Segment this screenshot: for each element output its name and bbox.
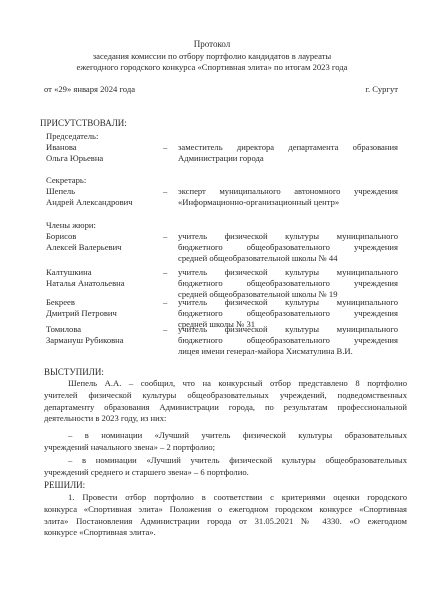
- jury-member-description: учитель физической культуры муниципально…: [178, 267, 398, 300]
- secretary-given-name: Андрей Александрович: [46, 197, 133, 207]
- jury-label: Члены жюри:: [46, 220, 96, 230]
- jury-member-given-name: Алексей Валерьевич: [46, 242, 122, 252]
- jury-member-dash: –: [163, 324, 167, 334]
- jury-member-dash: –: [163, 297, 167, 307]
- speakers-heading: ВЫСТУПИЛИ:: [44, 367, 104, 377]
- document-date: от «29» января 2024 года: [44, 84, 135, 94]
- jury-member-description: учитель физической культуры муниципально…: [178, 231, 398, 264]
- chair-given-name: Ольга Юрьевна: [46, 153, 103, 163]
- jury-member-surname: Калтушкина: [46, 267, 92, 277]
- jury-member-surname: Борисов: [46, 231, 76, 241]
- speaker-report: Шепель А.А. – сообщил, что на конкурсный…: [44, 378, 407, 425]
- jury-member-description: учитель физической культуры муниципально…: [178, 324, 398, 357]
- chair-description: заместитель директора департамента образ…: [178, 142, 398, 164]
- chair-surname: Иванова: [46, 142, 77, 152]
- jury-member-given-name: Зармануш Рубиковна: [46, 335, 124, 345]
- attendees-heading: ПРИСУТСТВОВАЛИ:: [40, 118, 127, 128]
- jury-member-dash: –: [163, 231, 167, 241]
- secretary-dash: –: [163, 186, 167, 196]
- jury-member-given-name: Дмитрий Петрович: [46, 308, 117, 318]
- chair-dash: –: [163, 142, 167, 152]
- document-city: г. Сургут: [365, 84, 398, 94]
- jury-member-given-name: Наталья Анатольевна: [46, 278, 125, 288]
- secretary-label: Секретарь:: [46, 175, 86, 185]
- jury-member-surname: Бекреев: [46, 297, 75, 307]
- secretary-description: эксперт муниципального автономного учреж…: [178, 186, 398, 208]
- decision-item-1: 1. Провести отбор портфолио в соответств…: [44, 492, 407, 539]
- jury-member-surname: Томилова: [46, 324, 81, 334]
- jury-member-dash: –: [163, 267, 167, 277]
- decisions-heading: РЕШИЛИ:: [44, 480, 85, 490]
- nomination-1: – в номинации «Лучший учитель физической…: [44, 430, 407, 454]
- document-subtitle-line2: ежегодного городского конкурса «Спортивн…: [0, 62, 424, 72]
- secretary-surname: Шепель: [46, 186, 75, 196]
- nomination-2: – в номинации «Лучший учитель физической…: [44, 455, 407, 479]
- chair-label: Председатель:: [46, 131, 98, 141]
- document-subtitle-line1: заседания комиссии по отбору портфолио к…: [0, 51, 424, 61]
- document-title: Протокол: [0, 39, 424, 49]
